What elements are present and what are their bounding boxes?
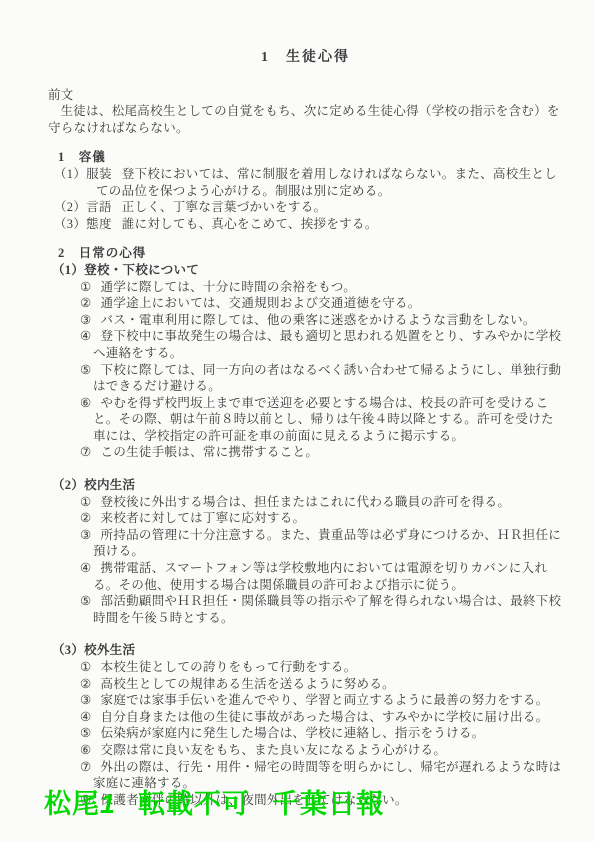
watermark: 松尾1転載不可千葉日報 xyxy=(44,782,384,821)
document-page: 1 生徒心得 前文 生徒は、松尾高校生としての自覚をもち、次に定める生徒心得（学… xyxy=(48,50,563,808)
page-title: 1 生徒心得 xyxy=(48,50,563,67)
watermark-no-reproduction: 転載不可 xyxy=(138,789,250,819)
preamble-label: 前文 xyxy=(48,87,563,104)
list-item: ⑦この生徒手帳は、常に携帯すること。 xyxy=(80,444,563,461)
item-text: 本校生徒としての誇りをもって行動をする。 xyxy=(101,660,357,674)
item-text: やむを得ず校門坂上まで車で送迎を必要とする場合は、校長の許可を受けること。その際… xyxy=(93,396,554,443)
item-number: ⑤ xyxy=(80,594,92,608)
list-item: ③家庭では家事手伝いを進んでやり、学習と両立するように最善の努力をする。 xyxy=(80,692,563,709)
watermark-number: 1 xyxy=(100,789,116,819)
list-item: ②来校者に対しては丁寧に応対する。 xyxy=(80,510,563,527)
item-number: ⑤ xyxy=(80,726,92,740)
list-item: ④登下校中に事故発生の場合は、最も適切と思われる処置をとり、すみやかに学校へ連絡… xyxy=(80,328,563,361)
item-text: 正しく、丁寧な言葉づかいをする。 xyxy=(122,200,327,214)
item-number: ① xyxy=(80,660,92,674)
list-item: ④携帯電話、スマートフォン等は学校敷地内においては電源を切りカバンに入れる。その… xyxy=(80,560,563,593)
item-text: 通学に際しては、十分に時間の余裕をもつ。 xyxy=(101,280,357,294)
list-item: ⑥交際は常に良い友をもち、また良い友になるよう心がける。 xyxy=(80,742,563,759)
item-label: （1）服装 xyxy=(54,167,112,181)
item-number: ⑥ xyxy=(80,743,92,757)
list-item: ①登校後に外出する場合は、担任またはこれに代わる職員の許可を得る。 xyxy=(80,494,563,511)
list-item: （3）態度誰に対しても、真心をこめて、挨拶をする。 xyxy=(54,216,563,233)
list-item: ⑥やむを得ず校門坂上まで車で送迎を必要とする場合は、校長の許可を受けること。その… xyxy=(80,395,563,445)
list-item: ⑤伝染病が家庭内に発生した場合は、学校に連絡し、指示をうける。 xyxy=(80,725,563,742)
item-text: 家庭では家事手伝いを進んでやり、学習と両立するように最善の努力をする。 xyxy=(101,693,549,707)
item-number: ④ xyxy=(80,710,92,724)
item-number: ② xyxy=(80,677,92,691)
item-number: ④ xyxy=(80,329,92,343)
list-item: ①本校生徒としての誇りをもって行動をする。 xyxy=(80,659,563,676)
item-text: 来校者に対しては丁寧に応対する。 xyxy=(101,511,306,525)
item-text: 所持品の管理に十分注意する。また、貴重品等は必ず身につけるか、ＨＲ担任に預ける。 xyxy=(93,528,561,559)
item-text: 自分自身または他の生徒に事故があった場合は、すみやかに学校に届け出る。 xyxy=(101,710,549,724)
item-text: 伝染病が家庭内に発生した場合は、学校に連絡し、指示をうける。 xyxy=(101,726,485,740)
subsection-3-heading: （3）校外生活 xyxy=(52,642,563,659)
list-item: ②高校生としての規律ある生活を送るように努める。 xyxy=(80,676,563,693)
list-item: ③バス・電車利用に際しては、他の乗客に迷惑をかけるような言動をしない。 xyxy=(80,312,563,329)
item-text: 登下校においては、常に制服を着用しなければならない。また、高校生としての品位を保… xyxy=(96,167,557,198)
item-number: ③ xyxy=(80,313,92,327)
item-number: ④ xyxy=(80,561,92,575)
item-number: ② xyxy=(80,511,92,525)
item-number: ⑦ xyxy=(80,760,92,774)
preamble-text: 生徒は、松尾高校生としての自覚をもち、次に定める生徒心得（学校の指示を含む）を守… xyxy=(48,103,563,136)
item-number: ② xyxy=(80,296,92,310)
list-item: ①通学に際しては、十分に時間の余裕をもつ。 xyxy=(80,279,563,296)
item-text: 誰に対しても、真心をこめて、挨拶をする。 xyxy=(122,217,378,231)
item-label: （3）態度 xyxy=(54,217,112,231)
subsection-2-heading: （2）校内生活 xyxy=(52,477,563,494)
subsection-1-heading: （1）登校・下校について xyxy=(52,262,563,279)
list-item: ④自分自身または他の生徒に事故があった場合は、すみやかに学校に届け出る。 xyxy=(80,709,563,726)
item-number: ③ xyxy=(80,693,92,707)
watermark-publisher: 千葉日報 xyxy=(272,789,384,819)
section-2-heading: 2 日常の心得 xyxy=(58,245,563,262)
section-1-heading: 1 容儀 xyxy=(58,149,563,166)
item-text: 部活動顧問やＨＲ担任・関係職員等の指示や了解を得られない場合は、最終下校時間を午… xyxy=(93,594,561,625)
item-number: ⑥ xyxy=(80,396,92,410)
item-text: 登校後に外出する場合は、担任またはこれに代わる職員の許可を得る。 xyxy=(101,495,511,509)
item-text: 登下校中に事故発生の場合は、最も適切と思われる処置をとり、すみやかに学校へ連絡を… xyxy=(93,329,561,360)
list-item: ③所持品の管理に十分注意する。また、貴重品等は必ず身につけるか、ＨＲ担任に預ける… xyxy=(80,527,563,560)
list-item: （2）言語正しく、丁寧な言葉づかいをする。 xyxy=(54,199,563,216)
item-text: 高校生としての規律ある生活を送るように努める。 xyxy=(101,677,395,691)
list-item: ②通学途上においては、交通規則および交通道徳を守る。 xyxy=(80,295,563,312)
item-text: バス・電車利用に際しては、他の乗客に迷惑をかけるような言動をしない。 xyxy=(101,313,536,327)
watermark-school: 松尾1 xyxy=(44,789,116,819)
list-item: ⑤下校に際しては、同一方向の者はなるべく誘い合わせて帰るようにし、単独行動はでき… xyxy=(80,362,563,395)
list-item: （1）服装登下校においては、常に制服を着用しなければならない。また、高校生として… xyxy=(54,166,563,199)
item-text: 携帯電話、スマートフォン等は学校敷地内においては電源を切りカバンに入れる。その他… xyxy=(93,561,547,592)
item-number: ⑦ xyxy=(80,445,92,459)
item-number: ① xyxy=(80,280,92,294)
item-text: 交際は常に良い友をもち、また良い友になるよう心がける。 xyxy=(101,743,447,757)
item-number: ① xyxy=(80,495,92,509)
item-number: ⑤ xyxy=(80,363,92,377)
item-text: この生徒手帳は、常に携帯すること。 xyxy=(101,445,319,459)
item-number: ③ xyxy=(80,528,92,542)
item-label: （2）言語 xyxy=(54,200,112,214)
item-text: 通学途上においては、交通規則および交通道徳を守る。 xyxy=(101,296,421,310)
item-text: 下校に際しては、同一方向の者はなるべく誘い合わせて帰るようにし、単独行動はできる… xyxy=(93,363,561,394)
list-item: ⑤部活動顧問やＨＲ担任・関係職員等の指示や了解を得られない場合は、最終下校時間を… xyxy=(80,593,563,626)
